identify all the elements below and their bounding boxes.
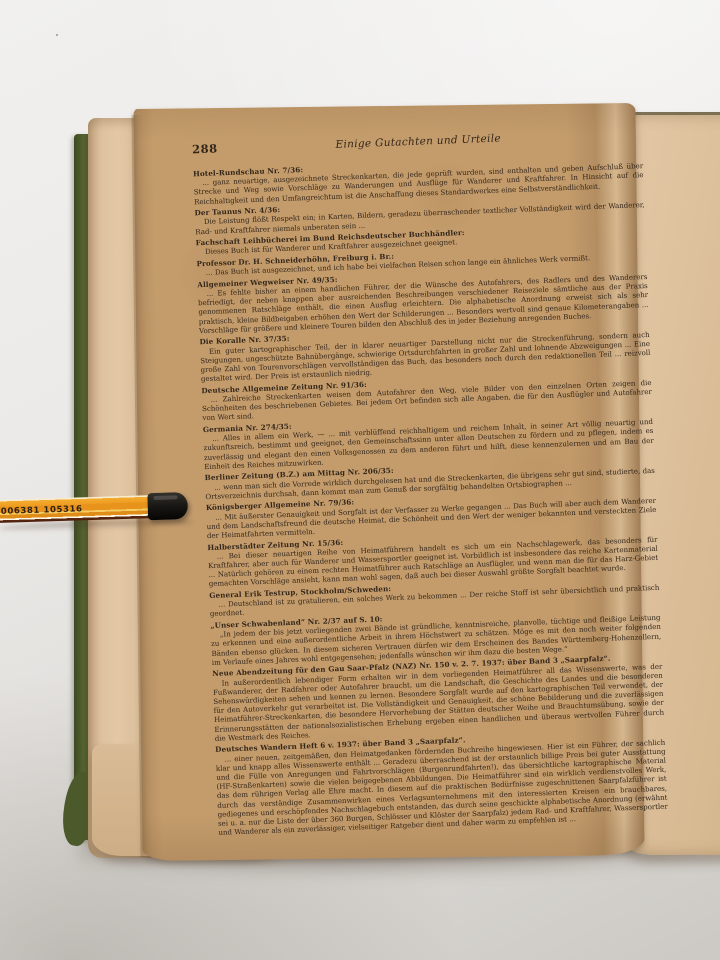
page-header: 288 Einige Gutachten und Urteile — [192, 125, 642, 156]
page-text-block: 288 Einige Gutachten und Urteile Hotel-R… — [192, 125, 668, 840]
page-title: Einige Gutachten und Urteile — [335, 133, 501, 151]
dust-speck — [56, 34, 58, 36]
book-page: 288 Einige Gutachten und Urteile Hotel-R… — [133, 103, 644, 861]
page-number: 288 — [192, 141, 218, 156]
pen-body: 006381 105316 — [0, 495, 156, 523]
pen: 006381 105316 — [0, 493, 192, 533]
pen-barcode-number: 006381 105316 — [1, 504, 83, 517]
review-body: ... einer neuen, zeitgemäßen, den Heimat… — [215, 737, 668, 837]
open-book: 288 Einige Gutachten und Urteile Hotel-R… — [58, 104, 720, 874]
photo-of-open-book: { "book_page": { "page_number": "288", "… — [0, 0, 720, 960]
pen-tip — [147, 492, 188, 520]
review-entry: Neue Abendzeitung für den Gau Saar-Pfalz… — [212, 652, 664, 743]
review-entry: Deutsches Wandern Heft 6 v. 1937: über B… — [215, 728, 668, 837]
